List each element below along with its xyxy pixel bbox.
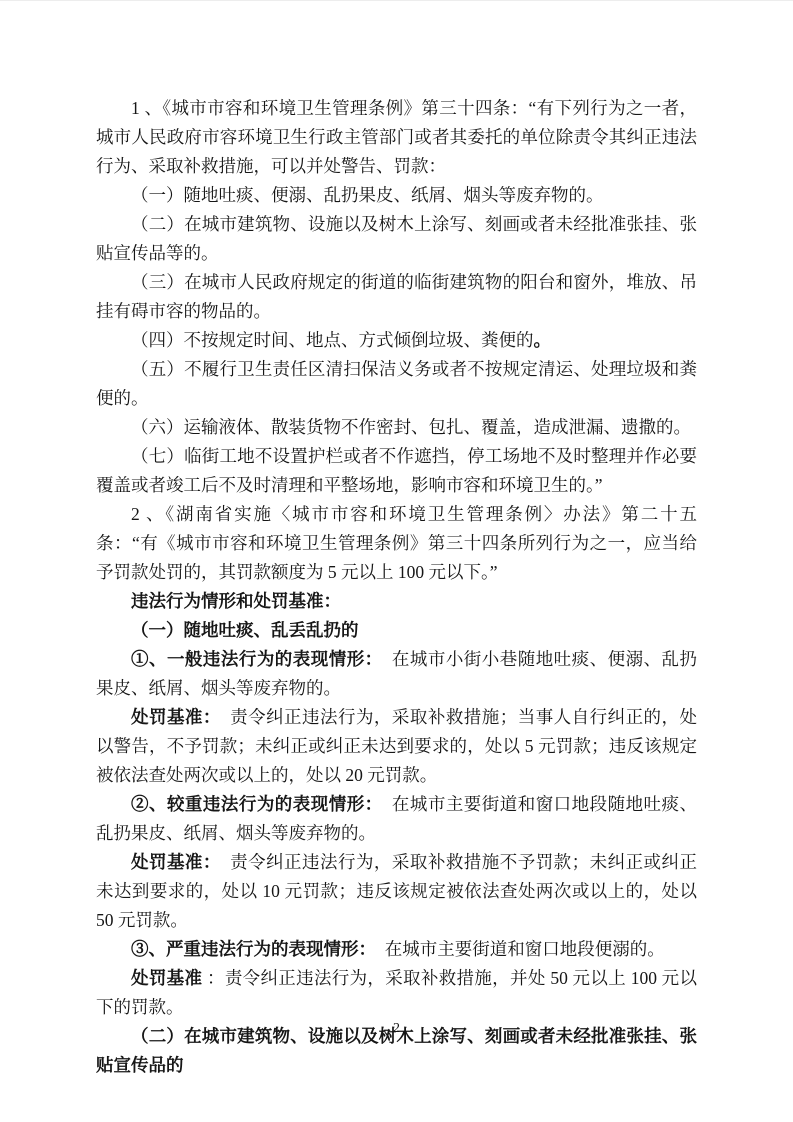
- body-text: （五）不履行卫生责任区清扫保洁义务或者不按规定清运、处理垃圾和粪便的。: [96, 359, 697, 408]
- paragraph: 违法行为情形和处罚基准：: [96, 587, 697, 616]
- paragraph: （七）临街工地不设置护栏或者不作遮挡，停工场地不及时整理并作必要覆盖或者竣工后不…: [96, 442, 697, 500]
- paragraph: 处罚基准 ：责令纠正违法行为，采取补救措施，并处 50 元以上 100 元以下的…: [96, 964, 697, 1022]
- bold-text: 处罚基准：: [131, 852, 212, 872]
- document-body: 1 、《城市市容和环境卫生管理条例》第三十四条：“有下列行为之一者，城市人民政府…: [96, 94, 697, 1080]
- body-text: （三）在城市人民政府规定的街道的临街建筑物的阳台和窗外，堆放、吊挂有碍市容的物品…: [96, 272, 697, 321]
- paragraph: （六）运输液体、散装货物不作密封、包扎、覆盖，造成泄漏、遗撒的。: [96, 413, 697, 442]
- bold-text: ②、较重违法行为的表现情形：: [131, 794, 374, 814]
- body-text: （四）不按规定时间、地点、方式倾倒垃圾、粪便的: [131, 330, 534, 350]
- bold-text: ③、严重违法行为的表现情形：: [131, 939, 367, 959]
- bold-text: （一）随地吐痰、乱丢乱扔的: [131, 620, 359, 640]
- body-text: 在城市主要街道和窗口地段便溺的。: [367, 939, 665, 959]
- paragraph: 处罚基准： 责令纠正违法行为，采取补救措施不予罚款；未纠正或纠正未达到要求的，处…: [96, 848, 697, 935]
- paragraph: （五）不履行卫生责任区清扫保洁义务或者不按规定清运、处理垃圾和粪便的。: [96, 355, 697, 413]
- paragraph: （四）不按规定时间、地点、方式倾倒垃圾、粪便的。: [96, 326, 697, 355]
- body-text: （七）临街工地不设置护栏或者不作遮挡，停工场地不及时整理并作必要覆盖或者竣工后不…: [96, 446, 697, 495]
- paragraph: （一）随地吐痰、乱丢乱扔的: [96, 616, 697, 645]
- paragraph: （二）在城市建筑物、设施以及树木上涂写、刻画或者未经批准张挂、张贴宣传品等的。: [96, 210, 697, 268]
- paragraph: 1 、《城市市容和环境卫生管理条例》第三十四条：“有下列行为之一者，城市人民政府…: [96, 94, 697, 181]
- paragraph: 2 、《湖南省实施〈城市市容和环境卫生管理条例〉办法》第二十五条：“有《城市市容…: [96, 500, 697, 587]
- document-page: 1 、《城市市容和环境卫生管理条例》第三十四条：“有下列行为之一者，城市人民政府…: [0, 1, 793, 1122]
- bold-text: ①、一般违法行为的表现情形：: [131, 649, 374, 669]
- body-text: （六）运输液体、散装货物不作密封、包扎、覆盖，造成泄漏、遗撒的。: [131, 417, 691, 437]
- body-text: 1 、《城市市容和环境卫生管理条例》第三十四条：“有下列行为之一者，城市人民政府…: [96, 98, 697, 176]
- bold-text: 处罚基准: [131, 968, 202, 988]
- page-number: 2: [0, 1019, 793, 1039]
- body-text: （一）随地吐痰、便溺、乱扔果皮、纸屑、烟头等废弃物的。: [131, 185, 604, 205]
- paragraph: ①、一般违法行为的表现情形： 在城市小街小巷随地吐痰、便溺、乱扔果皮、纸屑、烟头…: [96, 645, 697, 703]
- paragraph: ②、较重违法行为的表现情形： 在城市主要街道和窗口地段随地吐痰、乱扔果皮、纸屑、…: [96, 790, 697, 848]
- paragraph: （一）随地吐痰、便溺、乱扔果皮、纸屑、烟头等废弃物的。: [96, 181, 697, 210]
- paragraph: ③、严重违法行为的表现情形： 在城市主要街道和窗口地段便溺的。: [96, 935, 697, 964]
- bold-text: 处罚基准：: [131, 707, 212, 727]
- bold-text: 。: [534, 330, 552, 350]
- bold-text: 违法行为情形和处罚基准：: [131, 591, 341, 611]
- paragraph: 处罚基准： 责令纠正违法行为，采取补救措施；当事人自行纠正的，处以警告，不予罚款…: [96, 703, 697, 790]
- body-text: （二）在城市建筑物、设施以及树木上涂写、刻画或者未经批准张挂、张贴宣传品等的。: [96, 214, 697, 263]
- body-text: 2 、《湖南省实施〈城市市容和环境卫生管理条例〉办法》第二十五条：“有《城市市容…: [96, 504, 697, 582]
- paragraph: （三）在城市人民政府规定的街道的临街建筑物的阳台和窗外，堆放、吊挂有碍市容的物品…: [96, 268, 697, 326]
